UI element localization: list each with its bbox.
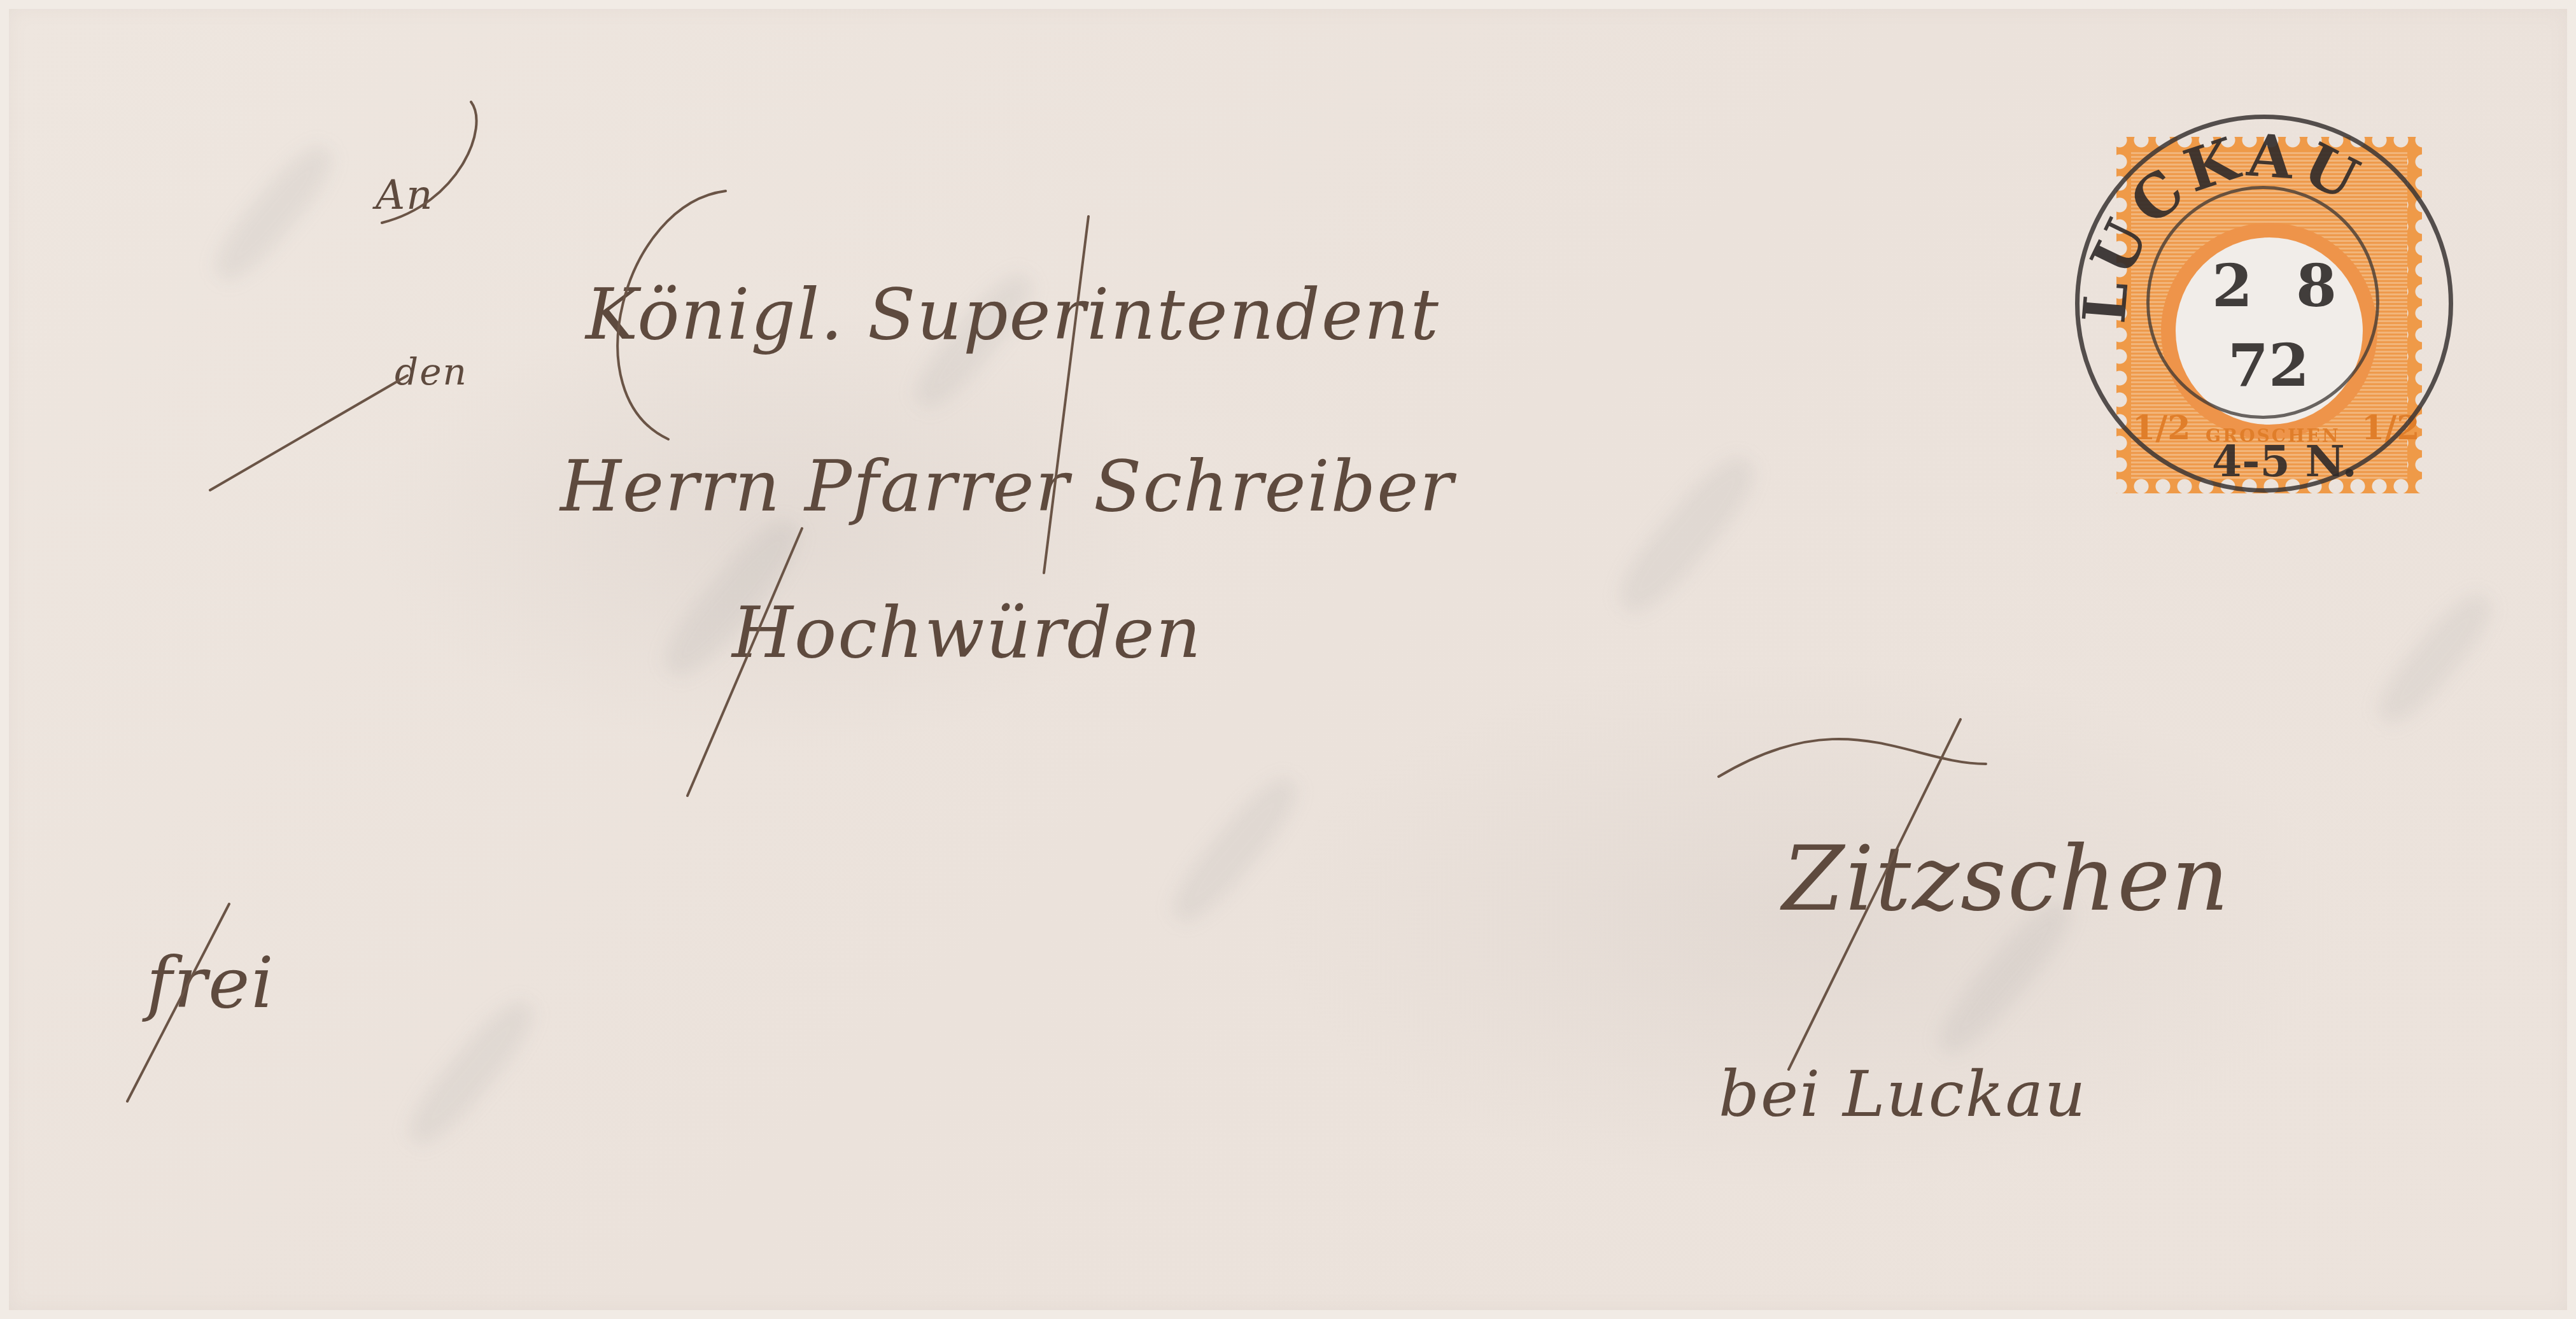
postmark-date-bottom: 72 (2228, 331, 2309, 400)
postmark-time: 4-5 N. (2212, 436, 2357, 487)
postmark-date-top: 2 8 (2212, 251, 2348, 320)
